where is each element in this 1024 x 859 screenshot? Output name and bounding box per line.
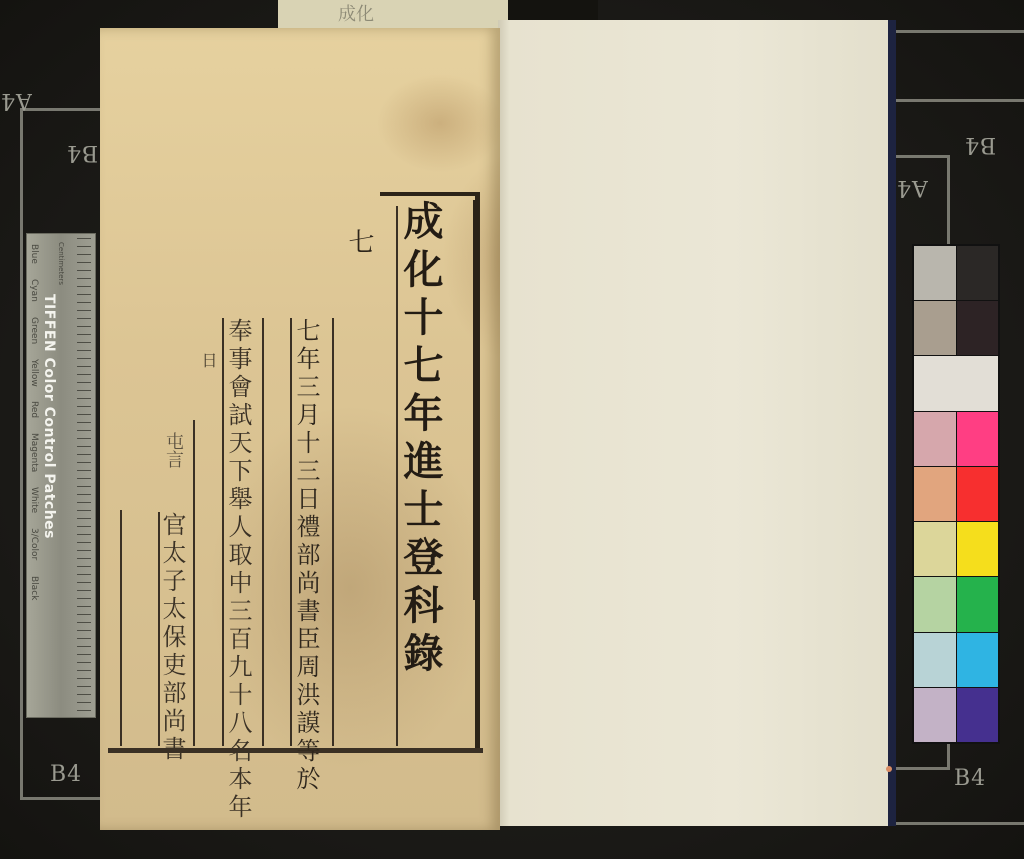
color-patch [957, 301, 999, 355]
guide-frame-right-outer [894, 30, 1024, 102]
ruler-unit-label: Centimeters [57, 242, 65, 285]
book-title-column: 成化十七年進士登科錄 [400, 200, 440, 680]
slip-tag-text: 成化 [338, 0, 374, 26]
ruler-color-label: Cyan [29, 279, 39, 302]
guide-label-b4-bottom-right: B4 [954, 766, 986, 791]
ruler-title: Color Control Patches [41, 358, 57, 539]
ruler-color-label: Black [29, 576, 39, 600]
right-page-blank [498, 20, 896, 826]
color-patch [957, 522, 999, 576]
color-calibration-patches [912, 244, 1000, 744]
guide-label-b4-left: B4 [66, 140, 98, 165]
color-patch [914, 522, 956, 576]
ruler-ticks [77, 238, 91, 713]
text-column-1: 七年三月十三日禮部尚書臣周洪謨等於 [294, 318, 318, 794]
partial-mark: 屯言 [164, 432, 182, 468]
column-rule [473, 200, 479, 600]
partial-mark: 日 [200, 352, 216, 368]
ruler-brand: TIFFEN [41, 294, 57, 352]
ruler-color-label: Red [29, 401, 39, 418]
color-patch [957, 688, 999, 742]
ruler-color-label: Blue [29, 244, 39, 264]
paper-stain [886, 766, 892, 772]
fragment-character: 七 [346, 228, 372, 254]
guide-line-bottom [896, 822, 1024, 825]
guide-label-a4-top-left: A4 [0, 88, 32, 113]
ruler-color-label: Green [29, 317, 39, 344]
slip-tag: 成化 [278, 0, 508, 30]
column-rule [120, 510, 122, 746]
ruler-color-labels: Blue Cyan Green Yellow Red Magenta White… [29, 244, 39, 612]
color-patch [914, 246, 956, 300]
color-patch [914, 356, 998, 410]
guide-label-a4-right: A4 [896, 175, 928, 200]
board-edge-label [508, 0, 598, 22]
column-rule [262, 318, 264, 746]
guide-label-b4-right: B4 [964, 132, 996, 157]
guide-label-b4-bottom-left: B4 [50, 762, 82, 787]
ruler-color-label: Yellow [29, 359, 39, 387]
ruler-color-label: Magenta [29, 433, 39, 472]
color-patch [914, 577, 956, 631]
color-patch [957, 467, 999, 521]
column-rule [332, 318, 334, 746]
color-patch [957, 412, 999, 466]
color-patch [914, 301, 956, 355]
text-column-2: 奉事會試天下舉人取中三百九十八名本年 [226, 318, 250, 822]
column-rule [193, 420, 195, 746]
color-patch [957, 577, 999, 631]
ruler-color-label: 3/Color [29, 528, 39, 560]
color-patch [914, 412, 956, 466]
color-patch [957, 633, 999, 687]
color-patch [914, 467, 956, 521]
text-column-3: 官太子太保吏部尚書 [160, 512, 184, 764]
ruler-color-label: White [29, 487, 39, 513]
color-patch [957, 246, 999, 300]
tiffen-color-ruler: Centimeters Blue Cyan Green Yellow Red M… [26, 233, 96, 718]
ruler-brand-text: TIFFEN Color Control Patches [41, 294, 57, 539]
color-patch [914, 633, 956, 687]
color-patch [914, 688, 956, 742]
